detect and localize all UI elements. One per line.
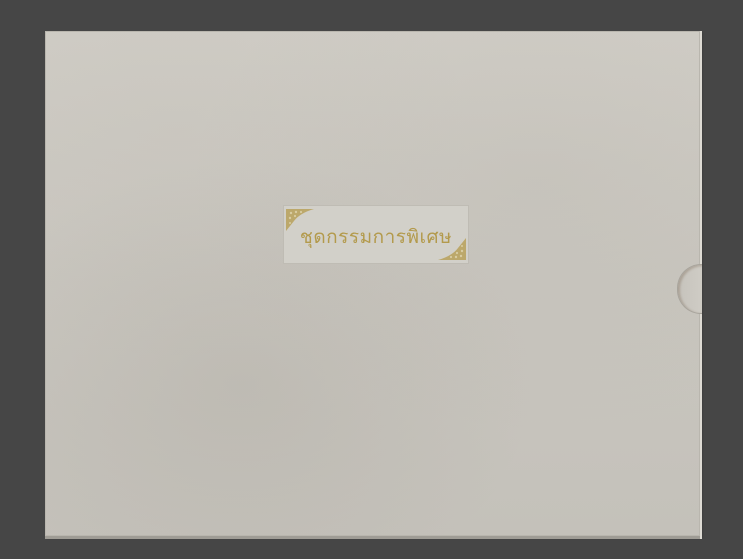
ornament-corner-icon [438,238,466,260]
finger-notch [677,264,702,314]
title-label-plate: ชุดกรรมการพิเศษ [283,205,469,264]
box-bottom-edge [45,536,700,539]
slipcase-box: ชุดกรรมการพิเศษ [45,31,700,536]
